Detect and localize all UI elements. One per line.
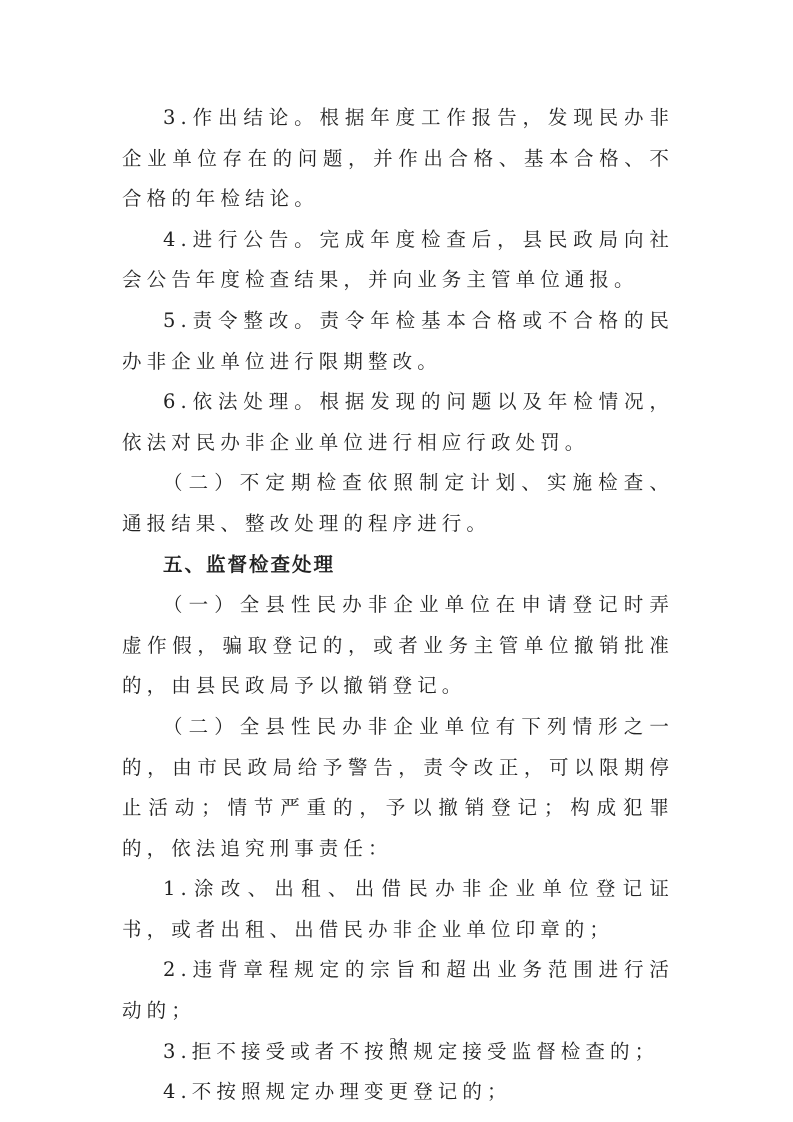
paragraph-violation-2: 2.违背章程规定的宗旨和超出业务范围进行活动的；: [122, 950, 674, 1031]
paragraph-fraudulent-registration: （一）全县性民办非企业单位在申请登记时弄虚作假，骗取登记的，或者业务主管单位撤销…: [122, 585, 674, 707]
paragraph-violation-4: 4.不按照规定办理变更登记的；: [122, 1072, 674, 1113]
page-number: 34: [0, 1036, 793, 1052]
document-page: 3.作出结论。根据年度工作报告，发现民办非企业单位存在的问题，并作出合格、基本合…: [122, 98, 674, 1113]
paragraph-item-3-conclusion: 3.作出结论。根据年度工作报告，发现民办非企业单位存在的问题，并作出合格、基本合…: [122, 98, 674, 220]
paragraph-item-6-legal-handling: 6.依法处理。根据发现的问题以及年检情况，依法对民办非企业单位进行相应行政处罚。: [122, 382, 674, 463]
paragraph-item-5-rectification: 5.责令整改。责令年检基本合格或不合格的民办非企业单位进行限期整改。: [122, 301, 674, 382]
paragraph-irregular-inspection: （二）不定期检查依照制定计划、实施检查、通报结果、整改处理的程序进行。: [122, 463, 674, 544]
section-heading-supervision: 五、监督检查处理: [122, 545, 674, 586]
paragraph-penalty-circumstances: （二）全县性民办非企业单位有下列情形之一的，由市民政局给予警告，责令改正，可以限…: [122, 707, 674, 869]
paragraph-item-4-announcement: 4.进行公告。完成年度检查后，县民政局向社会公告年度检查结果，并向业务主管单位通…: [122, 220, 674, 301]
paragraph-violation-1: 1.涂改、出租、出借民办非企业单位登记证书，或者出租、出借民办非企业单位印章的；: [122, 869, 674, 950]
